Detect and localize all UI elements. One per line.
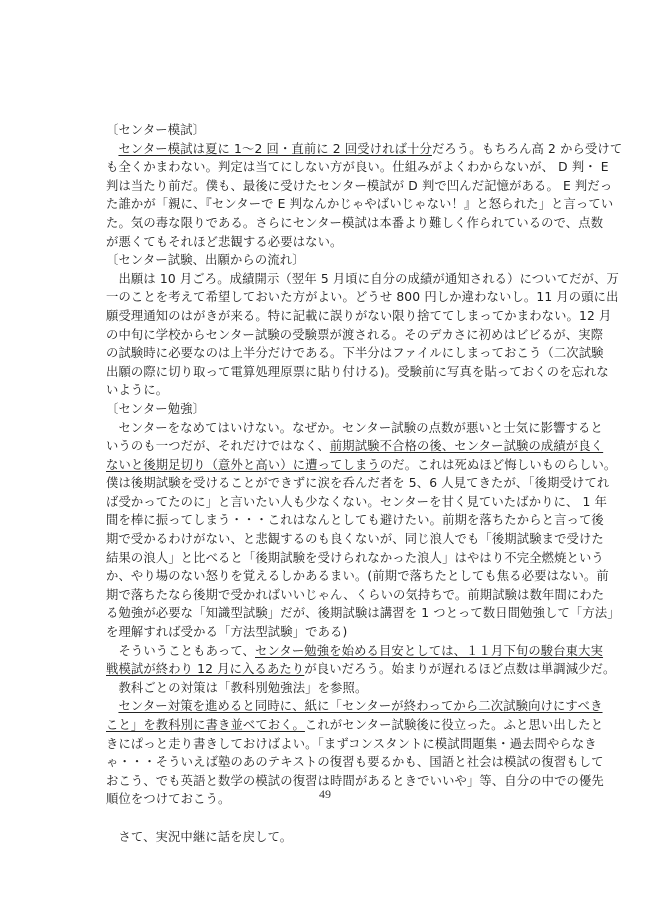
text-line: の中旬に学校からセンター試験の受験票が渡される。そのデカさに初めはビビるが、実際 (106, 326, 546, 345)
page-number: 49 (0, 787, 650, 802)
text-segment: 出願の際に切り取って電算処理原票に貼り付ける)。受験前に写真を貼っておくのを忘れ… (106, 365, 609, 379)
text-segment: センターをなめてはいけない。なぜか。センター試験の点数が悪いと士気に影響すると (106, 421, 603, 435)
underlined-text: 戦模試が終わり 12 月に入るあたり (106, 662, 304, 676)
text-segment: も全くかまわない。判定は当てにしない方が良い。仕組みがよくわからないが、 D 判… (106, 160, 609, 174)
document-page: 〔センター模試〕 センター模試は夏に 1〜2 回・直前に 2 回受ければ十分だろ… (0, 0, 650, 919)
text-line: 出願は 10 月ごろ。成績開示（翌年 5 月頃に自分の成績が通知される）について… (106, 270, 546, 289)
text-line: 〔センター試験、出願からの流れ〕 (106, 251, 546, 270)
text-segment: か、やり場のない怒りを覚えるしかあるまい。(前期で落ちたとしても焦る必要はない。… (106, 569, 609, 583)
text-segment: 僕は後期試験を受けることができずに涙を呑んだ者を 5、6 人見てきたが、「後期受… (106, 476, 609, 490)
text-segment: 〔センター模試〕 (106, 123, 205, 137)
text-segment: おこう、でも英語と数学の模試の復習は時間があるときでいいや」等、自分の中での優先 (106, 774, 604, 788)
text-line: きにぱっと走り書きしておけばよい。「まずコンスタントに模試問題集・過去問やらなき (106, 735, 546, 754)
text-line: 願受理通知のはがきが来る。特に記載に誤りがない限り捨ててしまってかまわない。12… (106, 307, 546, 326)
text-segment: る勉強が必要な「知識型試験」だが、後期試験は講習を 1 つとって数日間勉強して「… (106, 606, 620, 620)
underlined-text: センター対策を進めると同時に、紙に「センターが終わってから二次試験向けにすべき (118, 699, 602, 713)
underlined-text: ないと後期足切り（意外と高い）に遭ってしまう (106, 458, 380, 472)
text-segment: の試験時に必要なのは上半分だけである。下半分はファイルにしまっておこう（二次試験 (106, 346, 604, 360)
text-segment: きにぱっと走り書きしておけばよい。「まずコンスタントに模試問題集・過去問やらなき (106, 737, 597, 751)
text-line (106, 809, 546, 828)
text-line: ゃ・・・そういえば塾のあのテキストの復習も要るかも、国語と社会は模試の復習もして (106, 753, 546, 772)
text-segment: が悪くてもそれほど悲観する必要はない。 (106, 235, 343, 249)
text-line: 教科ごとの対策は「教科別勉強法」を参照。 (106, 679, 546, 698)
text-line: いうのも一つだが、それだけではなく、前期試験不合格の後、センター試験の成績が良く (106, 437, 546, 456)
text-segment: そういうこともあって、 (106, 644, 255, 658)
text-segment: ゃ・・・そういえば塾のあのテキストの復習も要るかも、国語と社会は模試の復習もして (106, 755, 604, 769)
text-line: た。気の毒な限りである。さらにセンター模試は本番より難しく作られているので、点数 (106, 214, 546, 233)
text-line: さて、実況中継に話を戻して。 (106, 828, 546, 847)
text-segment (106, 142, 118, 156)
text-line: センター模試は夏に 1〜2 回・直前に 2 回受ければ十分だろう。もちろん高 2… (106, 140, 546, 159)
text-line: センターをなめてはいけない。なぜか。センター試験の点数が悪いと士気に影響すると (106, 419, 546, 438)
text-line: 一のことを考えて希望しておいた方がよい。どうせ 800 円しか違わないし。11 … (106, 288, 546, 307)
text-line: いように。 (106, 381, 546, 400)
underlined-text: センター勉強を始める目安としては、１１月下旬の駿台東大実 (255, 644, 603, 658)
text-line: センター対策を進めると同時に、紙に「センターが終わってから二次試験向けにすべき (106, 697, 546, 716)
text-line: を理解すれば受かる「方法型試験」である) (106, 623, 546, 642)
text-segment: 〔センター勉強〕 (106, 402, 205, 416)
text-line: こと」を教科別に書き並べておく。これがセンター試験後に役立った。ふと思い出したと (106, 716, 546, 735)
text-line: 間を棒に振ってしまう・・・これはなんとしても避けたい。前期を落ちたからと言って後 (106, 511, 546, 530)
underlined-text: こと」を教科別に書き並べておく。 (106, 718, 305, 732)
text-segment: 期で落ちたなら後期で受かればいいじゃん、くらいの気持ちで。前期試験は数年間にわた (106, 588, 604, 602)
text-segment: 結果の浪人」と比べると「後期試験を受けられなかった浪人」はやはり不完全燃焼という (106, 551, 604, 565)
text-line: 〔センター勉強〕 (106, 400, 546, 419)
text-line: た誰かが「親に、『センターで E 判なんかじゃやばいじゃない！』と怒られた」と言… (106, 195, 546, 214)
text-line: ないと後期足切り（意外と高い）に遭ってしまうのだ。これは死ぬほど悔しいものらしい… (106, 456, 546, 475)
text-segment: 期で受かるわけがない、と悲観するのも良くないが、同じ浪人でも「後期試験まで受けた (106, 532, 604, 546)
text-segment: いように。 (106, 383, 168, 397)
text-segment: 間を棒に振ってしまう・・・これはなんとしても避けたい。前期を落ちたからと言って後 (106, 513, 604, 527)
text-segment: いうのも一つだが、それだけではなく、 (106, 439, 330, 453)
text-segment: ば受かってたのに」と言いたい人も少なくない。センターを甘く見ていたばかりに、 1… (106, 495, 607, 509)
underlined-text: 前期試験不合格の後、センター試験の成績が良く (330, 439, 603, 453)
text-line: 期で落ちたなら後期で受かればいいじゃん、くらいの気持ちで。前期試験は数年間にわた (106, 586, 546, 605)
text-line: 〔センター模試〕 (106, 121, 546, 140)
underlined-text: センター模試は夏に 1〜2 回・直前に 2 回受ければ十分 (118, 142, 432, 156)
text-segment (106, 699, 118, 713)
text-line: 僕は後期試験を受けることができずに涙を呑んだ者を 5、6 人見てきたが、「後期受… (106, 474, 546, 493)
text-line: ば受かってたのに」と言いたい人も少なくない。センターを甘く見ていたばかりに、 1… (106, 493, 546, 512)
text-segment: 願受理通知のはがきが来る。特に記載に誤りがない限り捨ててしまってかまわない。12… (106, 309, 611, 323)
text-line: そういうこともあって、センター勉強を始める目安としては、１１月下旬の駿台東大実 (106, 642, 546, 661)
text-line: も全くかまわない。判定は当てにしない方が良い。仕組みがよくわからないが、 D 判… (106, 158, 546, 177)
text-line: 結果の浪人」と比べると「後期試験を受けられなかった浪人」はやはり不完全燃焼という (106, 549, 546, 568)
text-segment: のだ。これは死ぬほど悔しいものらしい。 (380, 458, 617, 472)
text-segment: 一のことを考えて希望しておいた方がよい。どうせ 800 円しか違わないし。11 … (106, 290, 619, 304)
text-line: か、やり場のない怒りを覚えるしかあるまい。(前期で落ちたとしても焦る必要はない。… (106, 567, 546, 586)
text-segment: だろう。もちろん高 2 から受けて (432, 142, 622, 156)
text-line: が悪くてもそれほど悲観する必要はない。 (106, 233, 546, 252)
text-line: 出願の際に切り取って電算処理原票に貼り付ける)。受験前に写真を貼っておくのを忘れ… (106, 363, 546, 382)
text-segment: 〔センター試験、出願からの流れ〕 (106, 253, 305, 267)
text-segment: が良いだろう。始まりが遅れるほど点数は単調減少だ。 (304, 662, 615, 676)
text-line: の試験時に必要なのは上半分だけである。下半分はファイルにしまっておこう（二次試験 (106, 344, 546, 363)
text-segment: さて、実況中継に話を戻して。 (106, 830, 292, 844)
text-line: 期で受かるわけがない、と悲観するのも良くないが、同じ浪人でも「後期試験まで受けた (106, 530, 546, 549)
text-line: 戦模試が終わり 12 月に入るあたりが良いだろう。始まりが遅れるほど点数は単調減… (106, 660, 546, 679)
text-segment: た。気の毒な限りである。さらにセンター模試は本番より難しく作られているので、点数 (106, 216, 603, 230)
text-segment: た誰かが「親に、『センターで E 判なんかじゃやばいじゃない！』と怒られた」と言… (106, 197, 613, 211)
text-segment: これがセンター試験後に役立った。ふと思い出したと (305, 718, 603, 732)
text-segment: 出願は 10 月ごろ。成績開示（翌年 5 月頃に自分の成績が通知される）について… (106, 272, 619, 286)
text-line: る勉強が必要な「知識型試験」だが、後期試験は講習を 1 つとって数日間勉強して「… (106, 604, 546, 623)
body-text: 〔センター模試〕 センター模試は夏に 1〜2 回・直前に 2 回受ければ十分だろ… (106, 121, 546, 846)
text-line: 判は当たり前だ。僕も、最後に受けたセンター模試が D 判で凹んだ記憶がある。 E… (106, 177, 546, 196)
text-segment: 教科ごとの対策は「教科別勉強法」を参照。 (106, 681, 367, 695)
text-segment: を理解すれば受かる「方法型試験」である) (106, 625, 347, 639)
text-segment: 判は当たり前だ。僕も、最後に受けたセンター模試が D 判で凹んだ記憶がある。 E… (106, 179, 612, 193)
text-segment: の中旬に学校からセンター試験の受験票が渡される。そのデカさに初めはビビるが、実際 (106, 328, 603, 342)
